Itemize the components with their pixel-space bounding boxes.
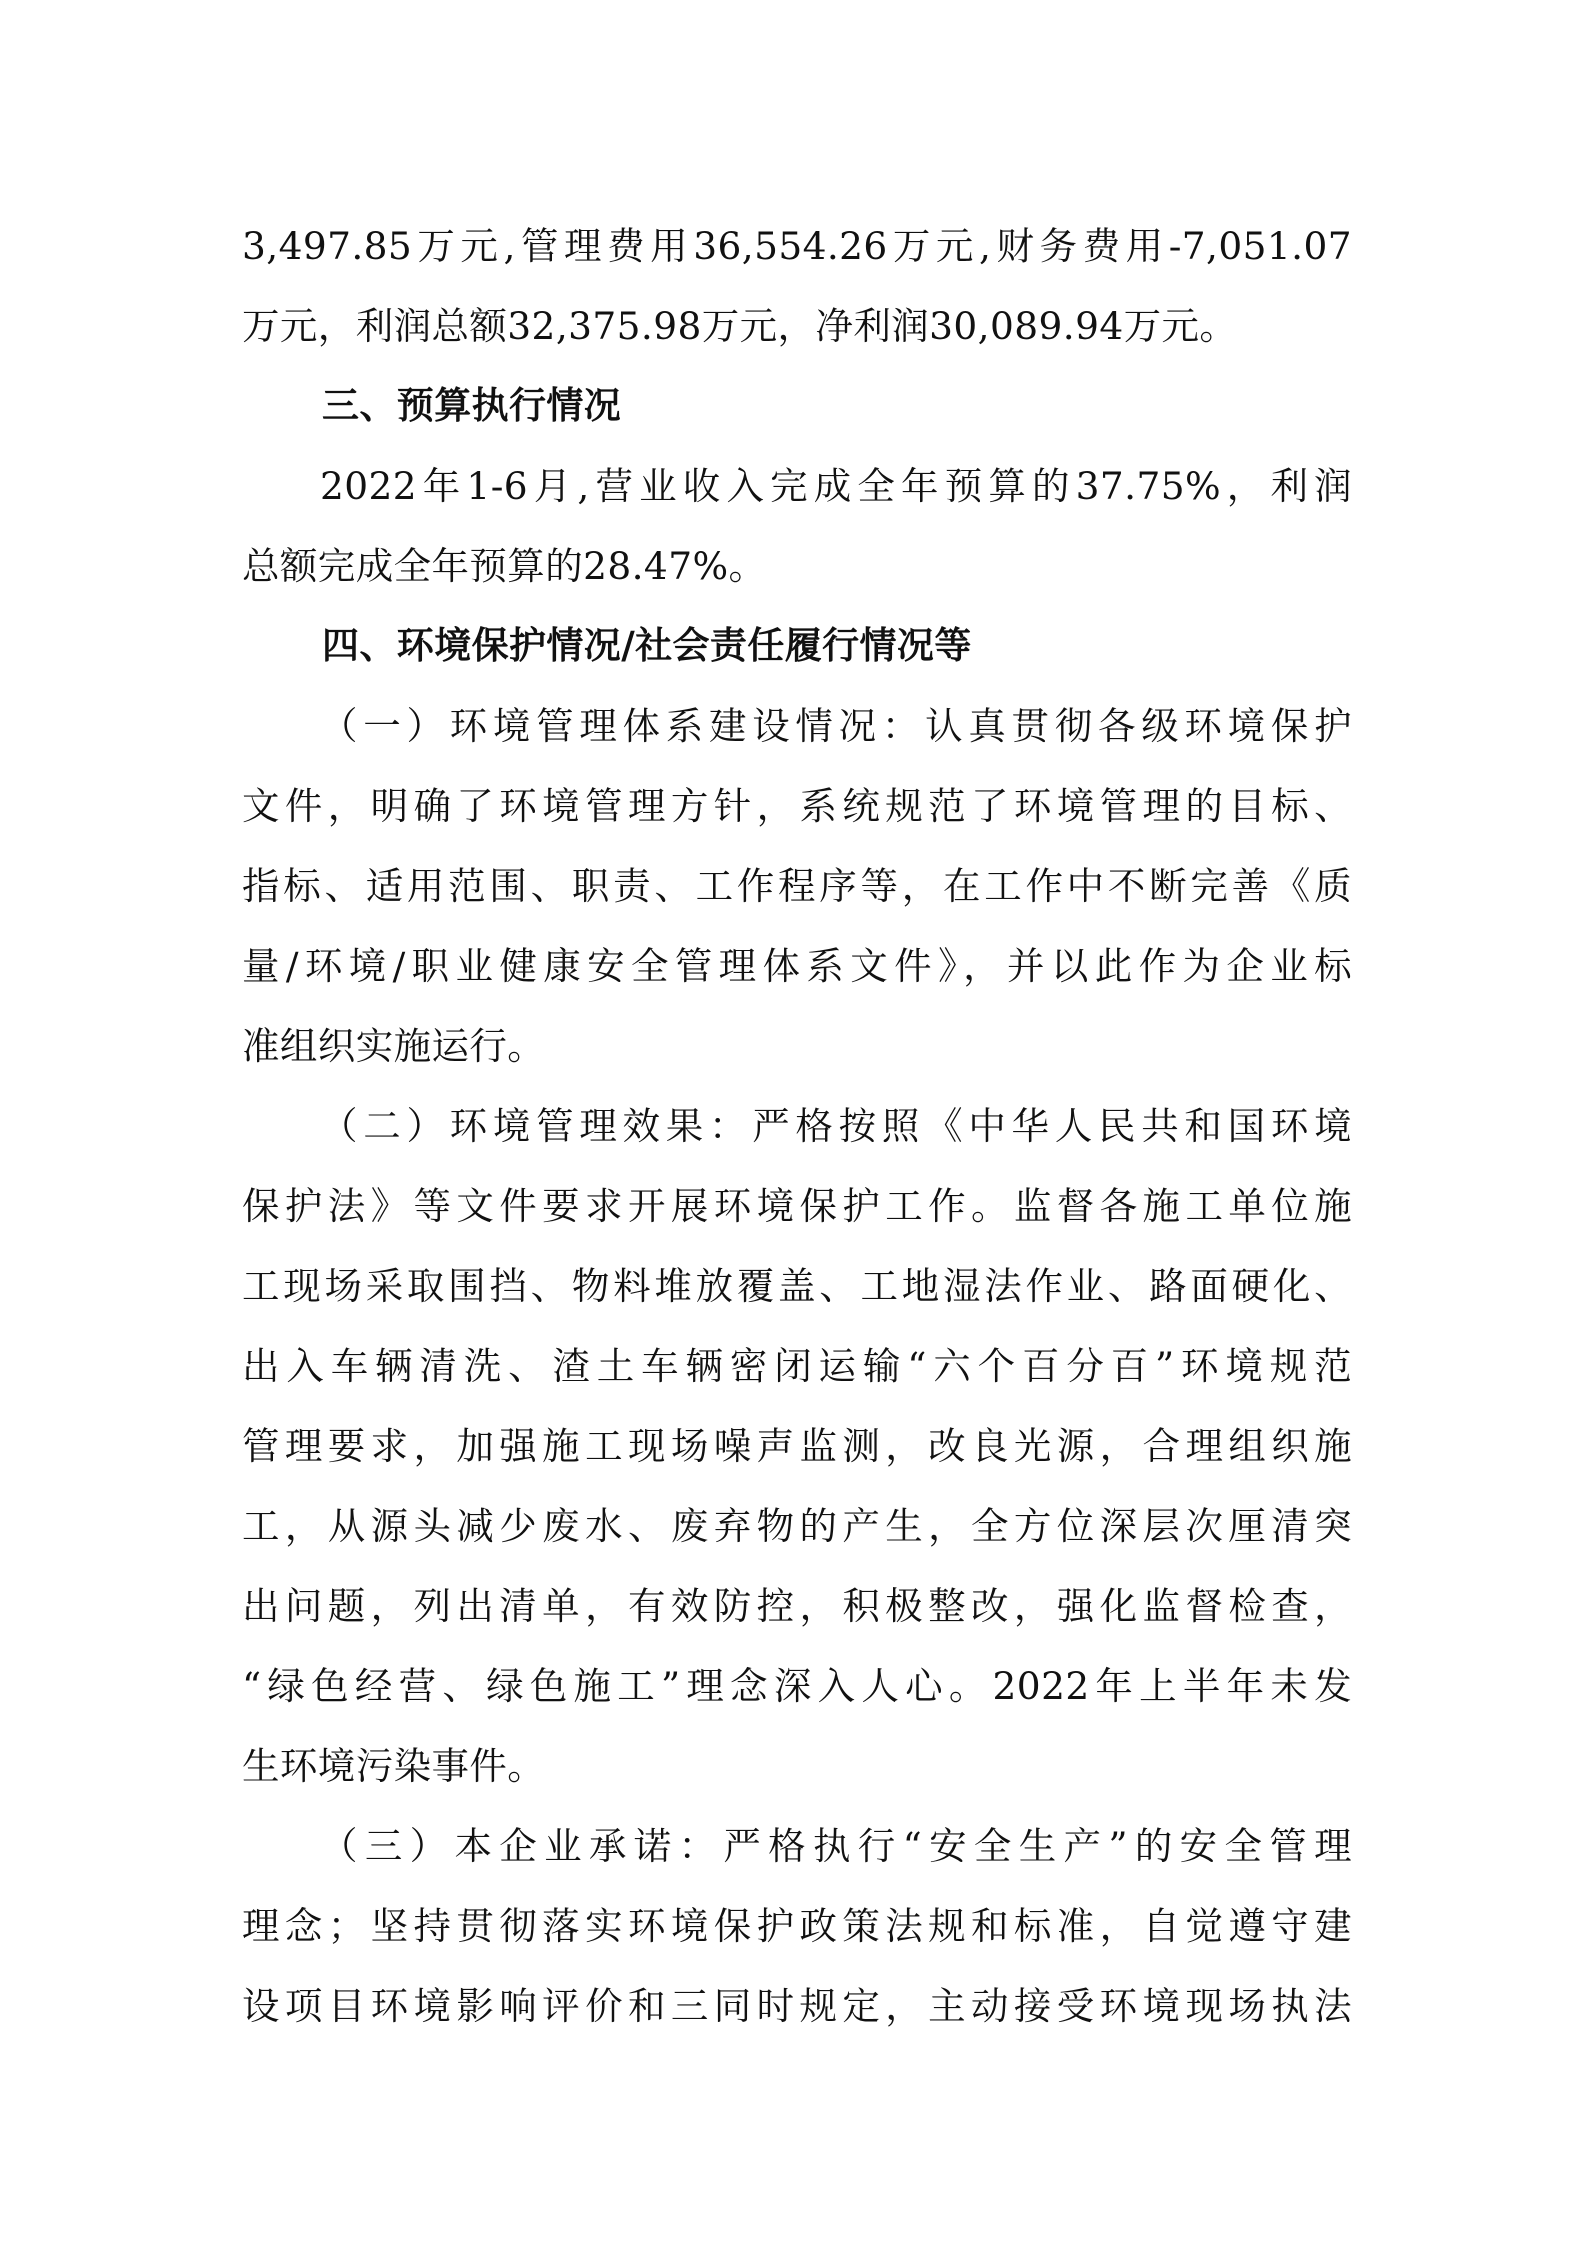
section-heading: 四、环境保护情况/社会责任履行情况等: [242, 606, 1352, 686]
paragraph-line: 万元，利润总额32,375.98万元，净利润30,089.94万元。: [242, 286, 1352, 366]
paragraph-line: 生环境污染事件。: [242, 1726, 1352, 1806]
paragraph-line: 文件，明确了环境管理方针，系统规范了环境管理的目标、: [242, 766, 1352, 846]
paragraph-line: 量/环境/职业健康安全管理体系文件》，并以此作为企业标: [242, 926, 1352, 1006]
paragraph-line: 工，从源头减少废水、废弃物的产生，全方位深层次厘清突: [242, 1486, 1352, 1566]
paragraph-line: 3,497.85万元,管理费用36,554.26万元,财务费用-7,051.07: [242, 206, 1352, 286]
paragraph-line: 设项目环境影响评价和三同时规定，主动接受环境现场执法: [242, 1966, 1352, 2046]
document-body: 3,497.85万元,管理费用36,554.26万元,财务费用-7,051.07…: [242, 206, 1352, 2046]
paragraph-line: 工现场采取围挡、物料堆放覆盖、工地湿法作业、路面硬化、: [242, 1246, 1352, 1326]
document-page: 3,497.85万元,管理费用36,554.26万元,财务费用-7,051.07…: [0, 0, 1587, 2245]
paragraph-line: （三）本企业承诺：严格执行“安全生产”的安全管理: [242, 1806, 1352, 1886]
financial-summary-paragraph: 3,497.85万元,管理费用36,554.26万元,财务费用-7,051.07…: [242, 206, 1352, 366]
paragraph-line: （二）环境管理效果：严格按照《中华人民共和国环境: [242, 1086, 1352, 1166]
paragraph-line: 2022年1-6月,营业收入完成全年预算的37.75%，利润: [242, 446, 1352, 526]
paragraph-line: 指标、适用范围、职责、工作程序等，在工作中不断完善《质: [242, 846, 1352, 926]
paragraph-line: 保护法》等文件要求开展环境保护工作。监督各施工单位施: [242, 1166, 1352, 1246]
paragraph-line: 总额完成全年预算的28.47%。: [242, 526, 1352, 606]
paragraph-line: 管理要求，加强施工现场噪声监测，改良光源，合理组织施: [242, 1406, 1352, 1486]
section-budget-execution: 三、预算执行情况 2022年1-6月,营业收入完成全年预算的37.75%，利润 …: [242, 366, 1352, 606]
paragraph-line: （一）环境管理体系建设情况：认真贯彻各级环境保护: [242, 686, 1352, 766]
paragraph-line: 出问题，列出清单，有效防控，积极整改，强化监督检查，: [242, 1566, 1352, 1646]
paragraph-line: 理念；坚持贯彻落实环境保护政策法规和标准，自觉遵守建: [242, 1886, 1352, 1966]
section-heading: 三、预算执行情况: [242, 366, 1352, 446]
paragraph-line: 准组织实施运行。: [242, 1006, 1352, 1086]
subsection-management-results: （二）环境管理效果：严格按照《中华人民共和国环境 保护法》等文件要求开展环境保护…: [242, 1086, 1352, 1806]
section-environmental-protection: 四、环境保护情况/社会责任履行情况等 （一）环境管理体系建设情况：认真贯彻各级环…: [242, 606, 1352, 2046]
subsection-enterprise-commitment: （三）本企业承诺：严格执行“安全生产”的安全管理 理念；坚持贯彻落实环境保护政策…: [242, 1806, 1352, 2046]
subsection-management-system: （一）环境管理体系建设情况：认真贯彻各级环境保护 文件，明确了环境管理方针，系统…: [242, 686, 1352, 1086]
paragraph-line: 出入车辆清洗、渣土车辆密闭运输“六个百分百”环境规范: [242, 1326, 1352, 1406]
paragraph-line: “绿色经营、绿色施工”理念深入人心。2022年上半年未发: [242, 1646, 1352, 1726]
